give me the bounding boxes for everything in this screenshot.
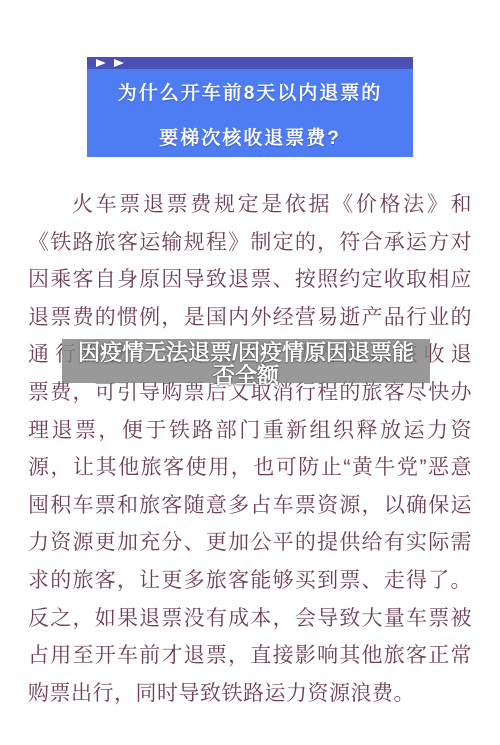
- article-line: 反之，如果退票没有成本，会导致大量车票被: [28, 600, 472, 638]
- article-line: 源，让其他旅客使用，也可防止“黄牛党”恶意: [28, 449, 472, 487]
- article-line: 购票出行，同时导致铁路运力资源浪费。: [28, 675, 472, 713]
- article-line: 占用至开车前才退票，直接影响其他旅客正常: [28, 637, 472, 675]
- overlay-title-text: 因疫情无法退票/因疫情原因退票能 否全额: [56, 341, 436, 387]
- question-text: 为什么开车前8天以内退票的 要梯次核收退票费?: [87, 69, 413, 157]
- overlay-title-line-1: 因疫情无法退票/因疫情原因退票能: [56, 341, 436, 364]
- article-line: 力资源更加充分、更加公平的提供给有实际需: [28, 524, 472, 562]
- overlay-title-line-2: 否全额: [56, 364, 436, 387]
- article-line: 求的旅客，让更多旅客能够买到票、走得了。: [28, 562, 472, 600]
- article-line: 《铁路旅客运输规程》制定的，符合承运方对: [28, 224, 472, 262]
- article-line: 理退票，便于铁路部门重新组织释放运力资: [28, 412, 472, 450]
- question-card: 为什么开车前8天以内退票的 要梯次核收退票费?: [87, 57, 413, 157]
- question-card-strip: [87, 57, 413, 69]
- article-line: 因乘客自身原因导致退票、按照约定收取相应: [28, 261, 472, 299]
- question-line-2: 要梯次核收退票费?: [159, 123, 341, 150]
- fast-forward-icon: [114, 59, 124, 67]
- fast-forward-icon: [96, 59, 106, 67]
- question-line-1: 为什么开车前8天以内退票的: [118, 78, 383, 105]
- overlay-title-box: 因疫情无法退票/因疫情原因退票能 否全额: [62, 339, 430, 383]
- article-line: 囤积车票和旅客随意多占车票资源，以确保运: [28, 487, 472, 525]
- article-body: 火车票退票费规定是依据《价格法》和 《铁路旅客运输规程》制定的，符合承运方对 因…: [28, 186, 472, 712]
- article-line: 退票费的惯例，是国内外经营易逝产品行业的: [28, 299, 472, 337]
- article-line: 火车票退票费规定是依据《价格法》和: [28, 186, 472, 224]
